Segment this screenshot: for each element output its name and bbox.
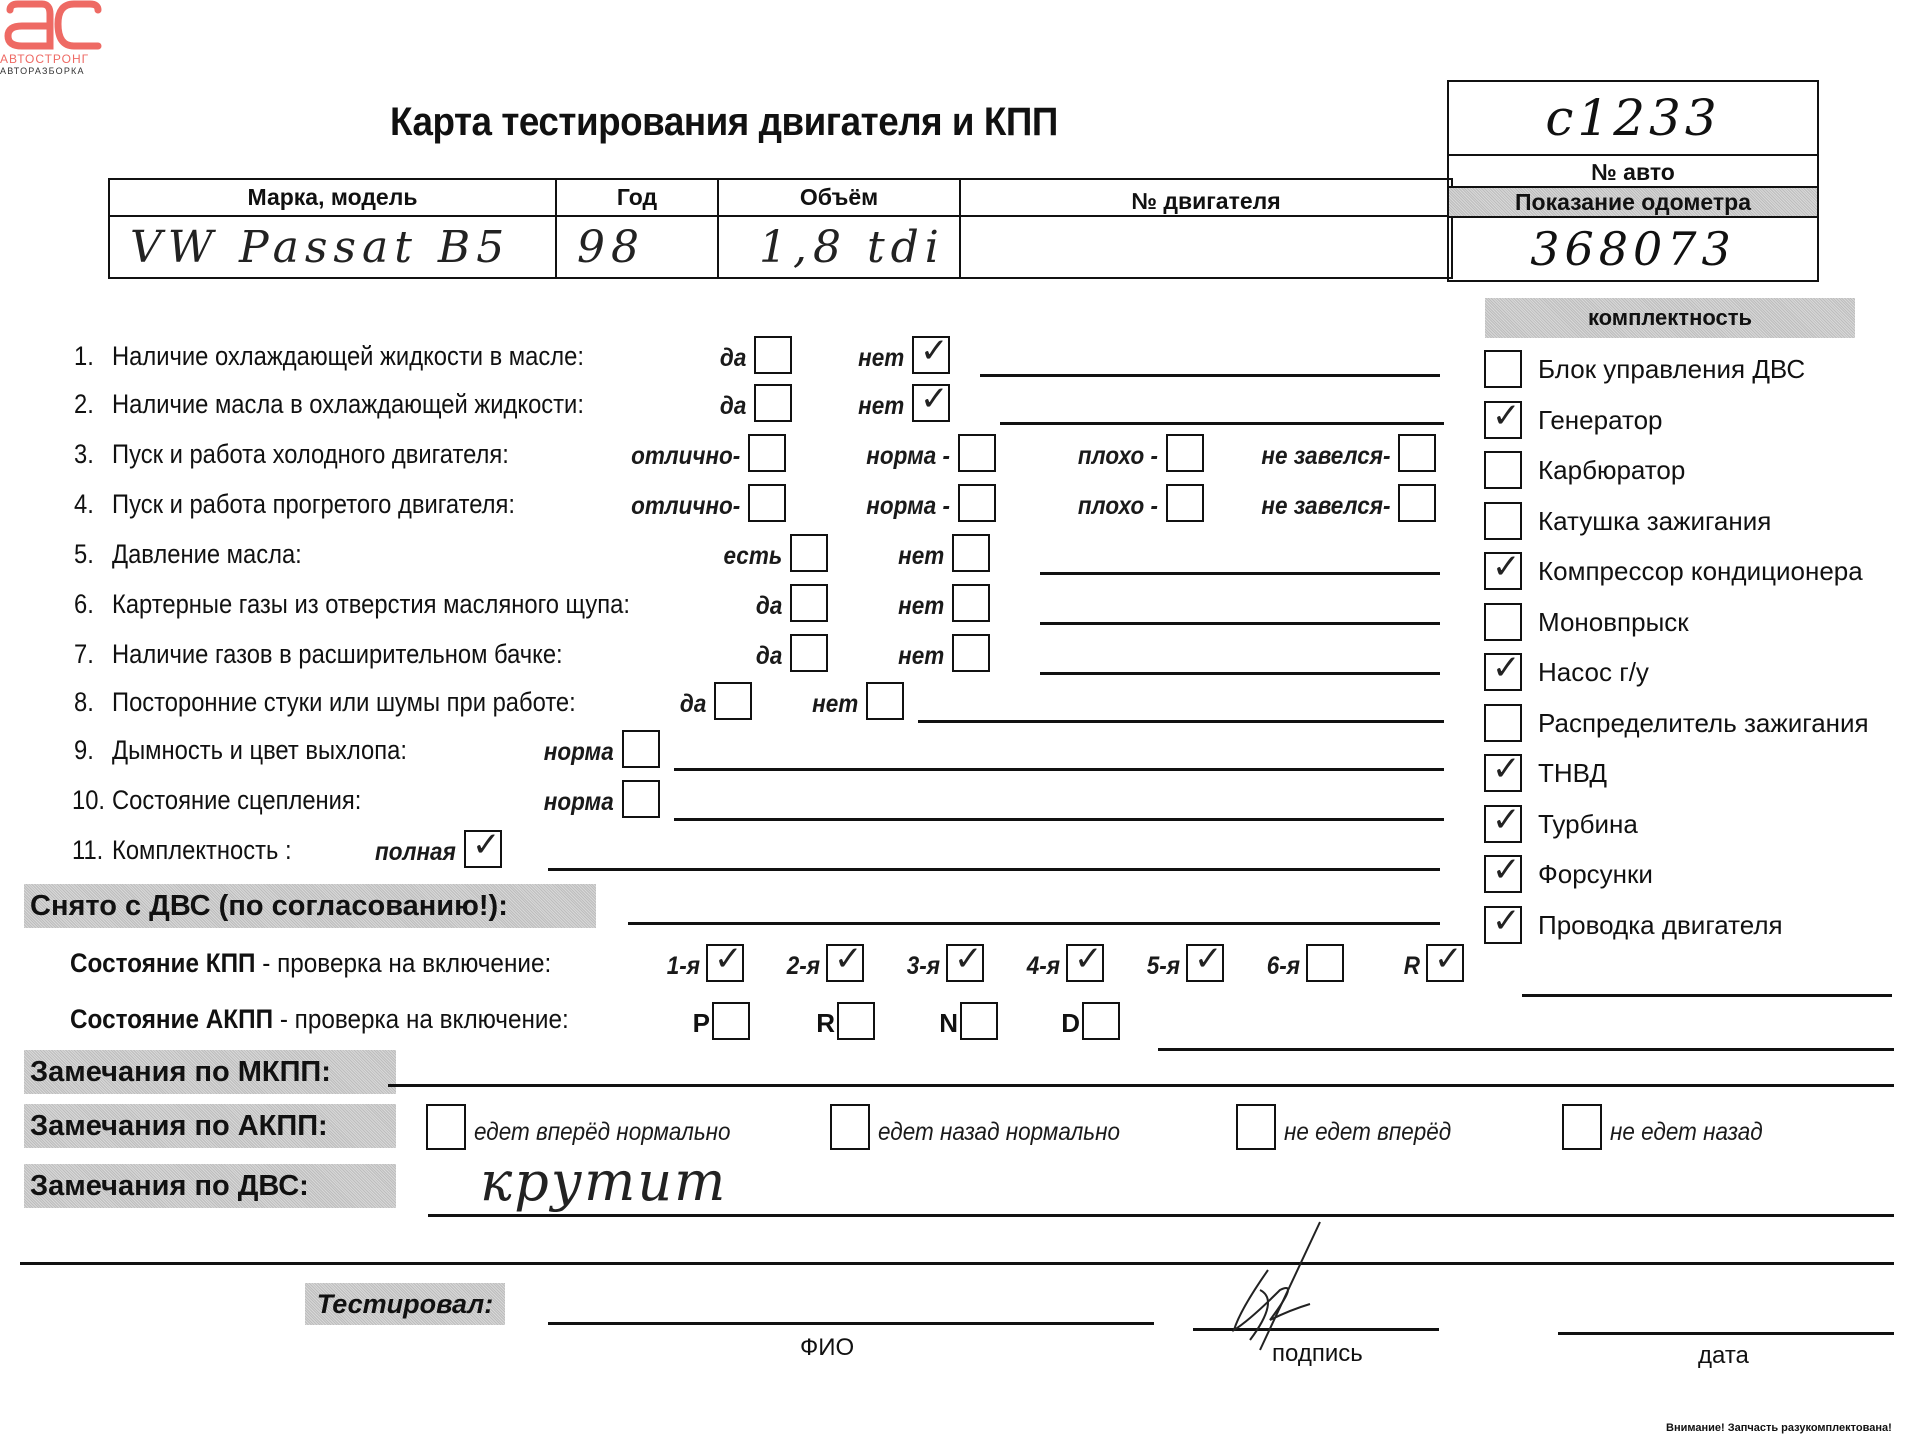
option-checkbox[interactable] <box>754 384 792 422</box>
completeness-item-label: Моновпрыск <box>1538 607 1689 638</box>
auto-remark-checkbox[interactable] <box>830 1104 870 1150</box>
option-checkbox[interactable] <box>952 634 990 672</box>
gear-checkbox[interactable] <box>1306 944 1344 982</box>
option-label: норма <box>544 738 614 767</box>
mode-checkbox[interactable] <box>960 1002 998 1040</box>
option-checkbox[interactable] <box>622 780 660 818</box>
option-checkbox[interactable] <box>1398 484 1436 522</box>
autostrong-logo-icon <box>2 0 102 52</box>
mode-checkbox[interactable] <box>837 1002 875 1040</box>
option-checkbox[interactable] <box>790 534 828 572</box>
option-checkbox[interactable] <box>748 484 786 522</box>
question-notes-line[interactable] <box>918 720 1444 723</box>
manual-gearbox-label: Состояние КПП - проверка на включение: <box>70 948 551 979</box>
gear-label: 2-я <box>787 952 820 981</box>
question-text: Дымность и цвет выхлопа: <box>112 735 407 766</box>
completeness-item-label: Проводка двигателя <box>1538 910 1783 941</box>
checkmark-icon: ✓ <box>954 942 983 976</box>
checkmark-icon: ✓ <box>1492 803 1521 837</box>
option-label: отлично- <box>631 442 740 471</box>
completeness-checkbox[interactable]: ✓ <box>1484 552 1522 590</box>
manual-remarks-label: Замечания по МКПП: <box>24 1050 396 1094</box>
option-checkbox[interactable] <box>790 634 828 672</box>
option-label: не завелся- <box>1261 442 1390 471</box>
checkmark-icon: ✓ <box>1434 942 1463 976</box>
completeness-item-label: Насос г/у <box>1538 657 1649 688</box>
question-text: Состояние сцепления: <box>112 785 361 816</box>
completeness-item-label: Распределитель зажигания <box>1538 708 1869 739</box>
gear-checkbox[interactable]: ✓ <box>1066 944 1104 982</box>
car-no-field[interactable]: c1233 <box>1449 82 1817 156</box>
question-text: Наличие газов в расширительном бачке: <box>112 639 563 670</box>
completeness-checkbox[interactable]: ✓ <box>1484 401 1522 439</box>
option-label: нет <box>898 642 944 671</box>
question-notes-line[interactable] <box>1000 422 1444 425</box>
manual-gearbox-label-rest: - проверка на включение: <box>256 948 552 978</box>
question-notes-line[interactable] <box>548 868 1440 871</box>
header-volume: Объём <box>718 179 960 216</box>
question-text: Пуск и работа холодного двигателя: <box>112 439 509 470</box>
car-info-box: c1233 № авто Показание одометра 368073 <box>1447 80 1819 282</box>
option-label: нет <box>898 592 944 621</box>
option-checkbox[interactable]: ✓ <box>464 830 502 868</box>
question-number: 4. <box>74 489 94 520</box>
auto-gearbox-label-rest: - проверка на включение: <box>273 1004 569 1034</box>
completeness-checkbox[interactable] <box>1484 350 1522 388</box>
option-checkbox[interactable] <box>958 484 996 522</box>
manual-remarks-field[interactable] <box>388 1084 1894 1087</box>
question-notes-line[interactable] <box>674 768 1444 771</box>
volume-field[interactable]: 1,8 tdi <box>718 216 960 278</box>
option-checkbox[interactable] <box>952 534 990 572</box>
checkmark-icon: ✓ <box>920 382 949 416</box>
option-checkbox[interactable]: ✓ <box>912 336 950 374</box>
checkmark-icon: ✓ <box>1492 550 1521 584</box>
header-make-model: Марка, модель <box>109 179 556 216</box>
question-text: Картерные газы из отверстия масляного щу… <box>112 589 630 620</box>
question-notes-line[interactable] <box>1040 572 1440 575</box>
auto-gearbox-label-bold: Состояние АКПП <box>70 1004 273 1034</box>
question-text: Пуск и работа прогретого двигателя: <box>112 489 515 520</box>
completeness-item-label: Катушка зажигания <box>1538 506 1771 537</box>
question-notes-line[interactable] <box>1040 672 1440 675</box>
auto-gearbox-label: Состояние АКПП - проверка на включение: <box>70 1004 569 1035</box>
auto-remarks-label: Замечания по АКПП: <box>24 1104 396 1148</box>
completeness-item-label: Карбюратор <box>1538 455 1685 486</box>
option-checkbox[interactable] <box>790 584 828 622</box>
option-checkbox[interactable] <box>622 730 660 768</box>
gear-label: 4-я <box>1027 952 1060 981</box>
question-text: Давление масла: <box>112 539 302 570</box>
option-label: норма <box>544 788 614 817</box>
date-caption: дата <box>1698 1342 1749 1370</box>
disassembled-warning: Внимание! Запчасть разукомплектована! <box>1666 1422 1892 1434</box>
manual-gearbox-label-bold: Состояние КПП <box>70 948 256 978</box>
option-checkbox[interactable] <box>1166 484 1204 522</box>
mode-checkbox[interactable] <box>1082 1002 1120 1040</box>
mode-label: N <box>939 1008 958 1039</box>
mode-label: P <box>693 1008 710 1039</box>
gear-label: 1-я <box>667 952 700 981</box>
question-number: 6. <box>74 589 94 620</box>
option-label: да <box>720 344 746 373</box>
gear-checkbox[interactable]: ✓ <box>826 944 864 982</box>
option-label: нет <box>858 344 904 373</box>
completeness-item-label: Блок управления ДВС <box>1538 354 1805 385</box>
checkmark-icon: ✓ <box>714 942 743 976</box>
option-checkbox[interactable]: ✓ <box>912 384 950 422</box>
option-checkbox[interactable] <box>1166 434 1204 472</box>
auto-remark-checkbox[interactable] <box>426 1104 466 1150</box>
completeness-checkbox[interactable]: ✓ <box>1484 855 1522 893</box>
option-checkbox[interactable] <box>958 434 996 472</box>
completeness-checkbox[interactable]: ✓ <box>1484 754 1522 792</box>
logo-brand: АВТОСТРОНГ <box>0 52 89 66</box>
checkmark-icon: ✓ <box>834 942 863 976</box>
gear-checkbox[interactable]: ✓ <box>1186 944 1224 982</box>
completeness-item-label: Турбина <box>1538 809 1638 840</box>
mode-label: R <box>816 1008 835 1039</box>
gear-label: R <box>1404 952 1420 981</box>
vehicle-table: Марка, модель Год Объём № двигателя VW P… <box>108 178 1453 279</box>
mode-label: D <box>1061 1008 1080 1039</box>
completeness-item-label: ТНВД <box>1538 758 1607 789</box>
completeness-item-label: Компрессор кондиционера <box>1538 556 1863 587</box>
engine-remarks-line-2[interactable] <box>20 1262 1894 1265</box>
gear-checkbox[interactable]: ✓ <box>1426 944 1464 982</box>
option-checkbox[interactable] <box>748 434 786 472</box>
question-notes-line[interactable] <box>1040 622 1440 625</box>
completeness-checkbox[interactable]: ✓ <box>1484 906 1522 944</box>
question-number: 3. <box>74 439 94 470</box>
mode-checkbox[interactable] <box>712 1002 750 1040</box>
auto-gearbox-notes-line[interactable] <box>1158 1048 1894 1051</box>
engine-no-field[interactable] <box>960 216 1452 278</box>
checkmark-icon: ✓ <box>1492 904 1521 938</box>
year-field[interactable]: 98 <box>556 216 718 278</box>
question-notes-line[interactable] <box>980 374 1440 377</box>
checkmark-icon: ✓ <box>1492 399 1521 433</box>
option-checkbox[interactable] <box>754 336 792 374</box>
engine-remarks-label: Замечания по ДВС: <box>24 1164 396 1208</box>
gear-label: 3-я <box>907 952 940 981</box>
option-label: да <box>756 592 782 621</box>
checkmark-icon: ✓ <box>1492 651 1521 685</box>
manual-gearbox-notes-line[interactable] <box>1522 994 1892 997</box>
signature-icon <box>1220 1220 1340 1360</box>
removed-parts-label: Снято с ДВС (по согласованию!): <box>24 884 596 928</box>
checkmark-icon: ✓ <box>472 828 501 862</box>
auto-remark-label: едет назад нормально <box>878 1118 1120 1147</box>
header-year: Год <box>556 179 718 216</box>
question-notes-line[interactable] <box>674 818 1444 821</box>
question-number: 10. <box>72 785 105 816</box>
option-label: полная <box>375 838 456 867</box>
question-number: 11. <box>72 835 103 866</box>
page-title: Карта тестирования двигателя и КПП <box>390 100 1058 145</box>
auto-remark-checkbox[interactable] <box>1236 1104 1276 1150</box>
engine-remarks-line-1[interactable] <box>428 1214 1894 1217</box>
odometer-label: Показание одометра <box>1449 188 1817 218</box>
gear-checkbox[interactable]: ✓ <box>946 944 984 982</box>
question-number: 9. <box>74 735 94 766</box>
option-label: плохо - <box>1078 492 1158 521</box>
name-caption: ФИО <box>800 1334 854 1362</box>
option-checkbox[interactable] <box>714 682 752 720</box>
question-number: 1. <box>74 341 94 372</box>
auto-remark-label: не едет вперёд <box>1284 1118 1451 1147</box>
completeness-checkbox[interactable] <box>1484 603 1522 641</box>
question-number: 8. <box>74 687 94 718</box>
option-label: норма - <box>866 442 950 471</box>
option-label: нет <box>812 690 858 719</box>
car-no-label: № авто <box>1449 156 1817 188</box>
option-checkbox[interactable] <box>1398 434 1436 472</box>
completeness-checkbox[interactable]: ✓ <box>1484 805 1522 843</box>
completeness-checkbox[interactable] <box>1484 704 1522 742</box>
completeness-checkbox[interactable]: ✓ <box>1484 653 1522 691</box>
header-engine-no: № двигателя <box>960 179 1452 216</box>
question-number: 2. <box>74 389 94 420</box>
option-label: не завелся- <box>1261 492 1390 521</box>
question-text: Наличие масла в охлаждающей жидкости: <box>112 389 584 420</box>
removed-parts-field[interactable] <box>628 922 1440 925</box>
make-model-field[interactable]: VW Passat B5 <box>109 216 556 278</box>
option-label: нет <box>898 542 944 571</box>
completeness-checkbox[interactable] <box>1484 451 1522 489</box>
option-label: норма - <box>866 492 950 521</box>
option-label: да <box>756 642 782 671</box>
checkmark-icon: ✓ <box>1194 942 1223 976</box>
question-text: Наличие охлаждающей жидкости в масле: <box>112 341 584 372</box>
option-label: нет <box>858 392 904 421</box>
completeness-header: комплектность <box>1485 298 1855 338</box>
gear-checkbox[interactable]: ✓ <box>706 944 744 982</box>
option-checkbox[interactable] <box>952 584 990 622</box>
option-checkbox[interactable] <box>866 682 904 720</box>
gear-label: 5-я <box>1147 952 1180 981</box>
question-text: Комплектность : <box>112 835 292 866</box>
question-number: 7. <box>74 639 94 670</box>
checkmark-icon: ✓ <box>1074 942 1103 976</box>
option-label: да <box>720 392 746 421</box>
auto-remark-label: едет вперёд нормально <box>474 1118 731 1147</box>
tested-by-label: Тестировал: <box>305 1283 505 1325</box>
completeness-item-label: Форсунки <box>1538 859 1653 890</box>
logo-subtitle: АВТОРАЗБОРКА <box>0 66 85 76</box>
odometer-field[interactable]: 368073 <box>1449 218 1817 280</box>
option-label: есть <box>723 542 782 571</box>
completeness-item-label: Генератор <box>1538 405 1663 436</box>
tested-by-date-field[interactable] <box>1558 1332 1894 1335</box>
auto-remark-checkbox[interactable] <box>1562 1104 1602 1150</box>
checkmark-icon: ✓ <box>1492 752 1521 786</box>
gear-label: 6-я <box>1267 952 1300 981</box>
option-label: да <box>680 690 706 719</box>
auto-remark-label: не едет назад <box>1610 1118 1763 1147</box>
engine-remarks-value[interactable]: крутит <box>480 1150 727 1213</box>
checkmark-icon: ✓ <box>920 334 949 368</box>
tested-by-name-field[interactable] <box>548 1322 1154 1325</box>
completeness-checkbox[interactable] <box>1484 502 1522 540</box>
option-label: отлично- <box>631 492 740 521</box>
checkmark-icon: ✓ <box>1492 853 1521 887</box>
question-text: Посторонние стуки или шумы при работе: <box>112 687 576 718</box>
question-number: 5. <box>74 539 94 570</box>
option-label: плохо - <box>1078 442 1158 471</box>
